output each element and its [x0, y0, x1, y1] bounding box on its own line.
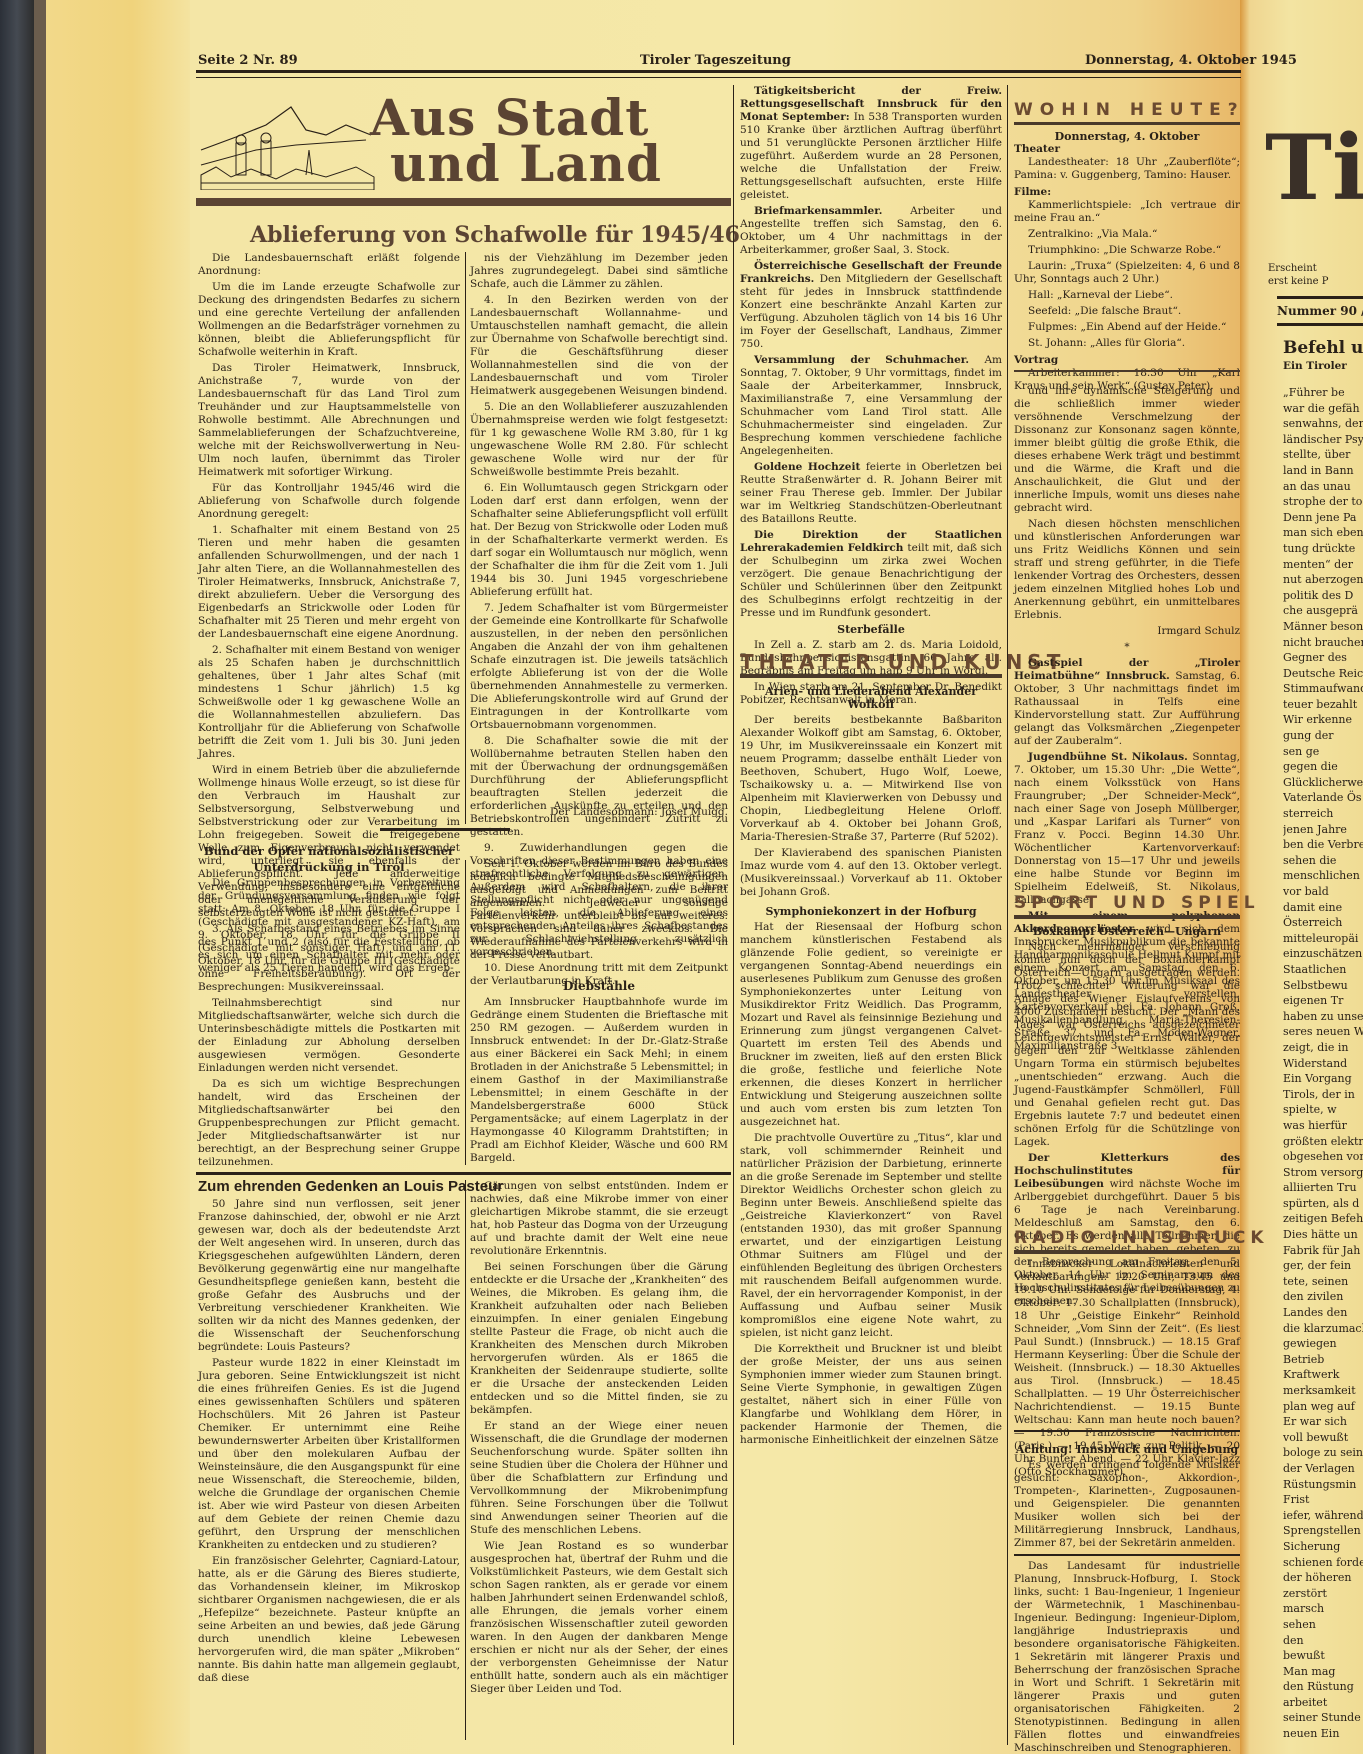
next-page-line: haben zu unser — [1283, 1009, 1363, 1025]
paragraph: nis der Viehzählung im Dezember jeden Ja… — [470, 252, 728, 291]
next-page-line: sterreich — [1283, 806, 1363, 822]
next-page-line: Wir erkenne — [1283, 712, 1363, 728]
paragraph: 2. Schafhalter mit einem Bestand von wen… — [198, 644, 460, 761]
next-page-line: Gegner des — [1283, 650, 1363, 666]
article-victims-col2: Seit 1. Oktober werden im Büro des Bunde… — [470, 858, 728, 1168]
next-page-line: marsch — [1283, 1601, 1363, 1617]
book-binding — [0, 0, 34, 1754]
next-page-line: Deutsche Reich — [1283, 666, 1363, 682]
next-page-line: obgesehen von — [1283, 1149, 1363, 1165]
section-rule — [1014, 1250, 1240, 1254]
notice-lead: Der Kletterkurs des Hochschulinstitutes … — [1014, 1152, 1240, 1190]
next-page-line: Frist — [1283, 1492, 1363, 1508]
column-rule — [1007, 85, 1008, 1745]
next-page-line: sen ge — [1283, 744, 1363, 760]
next-page-line: was hierfür — [1283, 1118, 1363, 1134]
achtung-title: Achtung! Innsbruck und Umgebung — [1014, 1443, 1240, 1456]
section-rule — [1014, 122, 1240, 125]
next-page-line: jenen Jahre — [1283, 822, 1363, 838]
next-page-line: war die gefäh — [1283, 401, 1363, 417]
local-notice: Österreichische Gesellschaft der Freunde… — [740, 260, 1002, 351]
next-page-line: che ausgeprä — [1283, 603, 1363, 619]
next-page-line: den zivilen — [1283, 1289, 1363, 1305]
next-page-line: Fabrik für Jah — [1283, 1243, 1363, 1259]
local-notice: Die Direktion der Staatlichen Lehrerakad… — [740, 529, 1002, 620]
next-page-line: arbeitet — [1283, 1695, 1363, 1711]
next-page-line: Kraftwerk — [1283, 1367, 1363, 1383]
next-page-line: plan weg auf — [1283, 1399, 1363, 1415]
next-page-line: an das unau — [1283, 479, 1363, 495]
next-page-line: zeitigen Befehl — [1283, 1211, 1363, 1227]
next-page-line: Vaterlande Ös — [1283, 790, 1363, 806]
boxing-body: Nach mehrmaliger Verschiebung konnte nun… — [1014, 941, 1240, 1149]
next-page-line: politik des D — [1283, 588, 1363, 604]
paragraph: Der Klavierabend des spanischen Pianiste… — [740, 847, 1002, 899]
next-page-line: Österreich — [1283, 915, 1363, 931]
next-page-line: strophe der to — [1283, 494, 1363, 510]
theater-label: Theater — [1014, 143, 1240, 156]
next-page-line: Stimmaufwand — [1283, 681, 1363, 697]
paragraph: Hat der Riesensaal der Hofburg schon man… — [740, 921, 1002, 1129]
divider — [1014, 1554, 1240, 1556]
next-page-line: bologe zu sein — [1283, 1445, 1363, 1461]
next-page-line: größten elektri — [1283, 1134, 1363, 1150]
next-page-line: teuer bezahlt — [1283, 697, 1363, 713]
listing-item: Hall: „Karneval der Liebe“. — [1014, 289, 1240, 302]
next-page-line: gewiegen — [1283, 1336, 1363, 1352]
section-rule — [740, 674, 1002, 678]
deaths-title: Sterbefälle — [740, 623, 1002, 636]
next-page-line: ben die Verbre — [1283, 837, 1363, 853]
next-subheadline: Ein Tiroler — [1283, 360, 1363, 373]
victims-title-line2: Unterdrückung in Tirol — [198, 861, 460, 874]
paragraph: 8. Die Schafhalter sowie die mit der Wol… — [470, 735, 728, 839]
next-page-subtitle: Erscheint erst keine P — [1268, 262, 1363, 288]
next-page-line: neuen Ein — [1283, 1726, 1363, 1742]
next-page-line: spielte, w — [1283, 1102, 1363, 1118]
next-page-logo: Ti — [1265, 115, 1363, 221]
listing-item: Triumphkino: „Die Schwarze Robe.“ — [1014, 244, 1240, 257]
issue-date: Donnerstag, 4. Oktober 1945 — [1085, 53, 1297, 68]
paragraph: Ein französischer Gelehrter, Cagniard-La… — [198, 1555, 460, 1685]
next-page-line: Dies hätte un — [1283, 1227, 1363, 1243]
divider — [1277, 323, 1363, 326]
column-rule — [465, 252, 466, 824]
masthead-line-2: und Land — [370, 141, 662, 187]
next-page-line: tete, seinen — [1283, 1274, 1363, 1290]
paragraph: Die Gruppenbesprechungen in Vorbereitung… — [198, 877, 460, 994]
paragraph: 7. Jedem Schafhalter ist vom Bürgermeist… — [470, 602, 728, 732]
next-page-line: Selbstbewu — [1283, 978, 1363, 994]
next-page-line: merksamkeit — [1283, 1383, 1363, 1399]
page-margin — [46, 0, 190, 1754]
next-page-line: Betrieb — [1283, 1352, 1363, 1368]
next-page-line: nicht brauchen — [1283, 635, 1363, 651]
listing-item: Landestheater: 18 Uhr „Zauberflöte“; Pam… — [1014, 156, 1240, 182]
paragraph: Das Tiroler Heimatwerk, Innsbruck, Anich… — [198, 362, 460, 479]
next-page-line: einzuschätzen — [1283, 946, 1363, 962]
article-pasteur-col2: Gärungen von selbst entstünden. Indem er… — [470, 1180, 728, 1699]
next-page-line: Staatlichen — [1283, 962, 1363, 978]
signature: Der Landesobmann: Josef Muigg. — [470, 806, 728, 819]
section-rule — [1014, 370, 1240, 372]
next-page-line: damit eine — [1283, 900, 1363, 916]
next-page-line: voll bewußt — [1283, 1430, 1363, 1446]
paragraph: Da es sich um wichtige Besprechungen han… — [198, 1078, 460, 1169]
next-page-line: spürten, als d — [1283, 1196, 1363, 1212]
next-page-line: menschlichen — [1283, 868, 1363, 884]
next-page-line: tung drückte — [1283, 541, 1363, 557]
next-page-line: ger, der fein — [1283, 1258, 1363, 1274]
listing-item: Seefeld: „Die falsche Braut“. — [1014, 305, 1240, 318]
next-page-line: zeigt, die in — [1283, 1040, 1363, 1056]
paragraph: Teilnahmsberechtigt sind nur Mitgliedsch… — [198, 997, 460, 1075]
wohin-heute-listing: Donnerstag, 4. Oktober Theater Landesthe… — [1014, 130, 1240, 396]
next-page-line: man sich eben — [1283, 525, 1363, 541]
local-notice: Goldene Hochzeit feierte in Oberletzen b… — [740, 461, 1002, 526]
next-page-line: Rüstungsmin — [1283, 1477, 1363, 1493]
article-title-wool: Ablieferung von Schafwolle für 1945/46 — [250, 222, 740, 248]
symphony-author: Irmgard Schulz — [1014, 625, 1240, 638]
paragraph: 6. Ein Wollumtausch gegen Strickgarn ode… — [470, 482, 728, 599]
next-page-line: zerstört — [1283, 1586, 1363, 1602]
local-news-column: Tätigkeitsbericht der Freiw. Rettungsges… — [740, 85, 1002, 710]
article-victims-col1: Bund der Opfer nationalsozialistischer U… — [198, 842, 460, 1172]
next-page-line: eigenen Tr — [1283, 993, 1363, 1009]
achtung-body: Es werden dringend folgende Musiker gesu… — [1014, 1459, 1240, 1550]
next-page-line: Ein Vorgang — [1283, 1071, 1363, 1087]
next-page-line: senwahns, der — [1283, 416, 1363, 432]
next-page-line: iefer, während — [1283, 1508, 1363, 1524]
paragraph: Die Korrektheit und Bruckner ist und ble… — [740, 1343, 1002, 1447]
divider — [196, 1172, 731, 1175]
jugend-notice: Jugendbühne St. Nikolaus. Sonntag, 7. Ok… — [1014, 751, 1240, 907]
next-issue: Nummer 90 / — [1277, 305, 1363, 318]
divider — [380, 828, 510, 831]
paragraph: Der bereits bestbekannte Baßbariton Alex… — [740, 714, 1002, 844]
filme-label: Filme: — [1014, 186, 1240, 199]
masthead-rule — [196, 198, 731, 206]
next-page-line: nut aberzogen — [1283, 572, 1363, 588]
column-rule — [465, 860, 466, 1165]
next-page-line: Strom versorg — [1283, 1165, 1363, 1181]
paragraph: Seit 1. Oktober werden im Büro des Bunde… — [470, 858, 728, 962]
next-page-line: Männer beson — [1283, 619, 1363, 635]
next-page-line: menten“ der — [1283, 557, 1363, 573]
next-page-line: Er war sich — [1283, 1414, 1363, 1430]
next-page-line: Tirols, der in — [1283, 1087, 1363, 1103]
column-rule — [465, 1180, 466, 1740]
paragraph: Gärungen von selbst entstünden. Indem er… — [470, 1180, 728, 1258]
mountain-town-illustration — [196, 95, 376, 190]
section-radio-innsbruck: RADIO INNSBRUCK — [1014, 1228, 1269, 1248]
boxing-title: Boxkampf Österreich—Ungarn — [1014, 925, 1240, 938]
next-page-line: die klarzumach — [1283, 1321, 1363, 1337]
section-rule — [1014, 915, 1240, 919]
paragraph: Pasteur wurde 1822 in einer Kleinstadt i… — [198, 1357, 460, 1552]
next-page-line: Man mag — [1283, 1664, 1363, 1680]
aria-title: Arien- und Liederabend Alexander Wolkoff — [740, 685, 1002, 711]
notices-column: Achtung! Innsbruck und Umgebung Es werde… — [1014, 1440, 1240, 1754]
paragraph: 5. Die an den Wollablieferer auszuzahlen… — [470, 401, 728, 479]
listing-item: St. Johann: „Alles für Gloria“. — [1014, 337, 1240, 350]
local-notice: Briefmarkensammler. Arbeiter und Angeste… — [740, 205, 1002, 257]
gastspiel-notice: Gastspiel der „Tiroler Heimatbühne“ Inns… — [1014, 657, 1240, 748]
paragraph: 4. In den Bezirken werden von der Landes… — [470, 294, 728, 398]
notice-lead: Jugendbühne St. Nikolaus. — [1028, 751, 1192, 763]
divider — [1014, 1430, 1240, 1432]
paragraph: Wie Jean Rostand es so wunderbar ausgesp… — [470, 1540, 728, 1696]
next-page-line: gung der — [1283, 728, 1363, 744]
next-page-line: vor bald — [1283, 884, 1363, 900]
next-page-line: sehen — [1283, 1617, 1363, 1633]
divider — [1277, 296, 1363, 299]
paragraph: Nach diesen höchsten menschlichen und kü… — [1014, 518, 1240, 622]
signature-text: Der Landesobmann: Josef Muigg. — [550, 806, 728, 818]
next-page-line: der höheren — [1283, 1570, 1363, 1586]
page-number: Seite 2 Nr. 89 — [198, 53, 298, 68]
notice-lead: Gastspiel der „Tiroler Heimatbühne“ Inns… — [1014, 657, 1240, 682]
binding-edge — [34, 0, 46, 1754]
section-masthead: Aus Stadt und Land — [370, 95, 662, 187]
section-sport-und-spiel: SPORT UND SPIEL — [1014, 893, 1260, 913]
next-page-body: „Führer bewar die gefähsenwahns, derländ… — [1283, 385, 1363, 1742]
article-pasteur-col1: 50 Jahre sind nun verflossen, seit jener… — [198, 1198, 460, 1688]
next-page-line: sehen die — [1283, 853, 1363, 869]
local-notice: Tätigkeitsbericht der Freiw. Rettungsges… — [740, 85, 1002, 202]
next-page-line: stellte, über — [1283, 447, 1363, 463]
next-page-line: der Verlagen — [1283, 1461, 1363, 1477]
next-page-line: mitteleuropäi — [1283, 931, 1363, 947]
section-wohin-heute: WOHIN HEUTE? — [1014, 100, 1245, 120]
paragraph: Für das Kontrolljahr 1945/46 wird die Ab… — [198, 482, 460, 521]
paragraph: Bei seinen Forschungen über die Gärung e… — [470, 1261, 728, 1417]
next-page-line: seiner Stunde — [1283, 1710, 1363, 1726]
local-notice: Versammlung der Schuhmacher. Am Sonntag,… — [740, 354, 1002, 458]
next-page-line: Denn jene Pa — [1283, 510, 1363, 526]
paragraph: Um die im Lande erzeugte Schafwolle zur … — [198, 281, 460, 359]
listing-item: Fulpmes: „Ein Abend auf der Heide.“ — [1014, 321, 1240, 334]
next-page-line: den Rüstung — [1283, 1679, 1363, 1695]
theft-body: Am Innsbrucker Hauptbahnhofe wurde im Ge… — [470, 996, 728, 1165]
listing-item: Kammerlichtspiele: „Ich vertraue dir mei… — [1014, 199, 1240, 225]
next-page-line: Sprengstellen — [1283, 1523, 1363, 1539]
next-page-line: schienen fordern — [1283, 1555, 1363, 1571]
landesamt-body: Das Landesamt für industrielle Planung, … — [1014, 1560, 1240, 1754]
paragraph: Die Landesbauernschaft erläßt folgende A… — [198, 252, 460, 278]
next-page-line: seres neuen W — [1283, 1024, 1363, 1040]
newspaper-name: Tiroler Tageszeitung — [640, 53, 791, 68]
column-rule — [733, 85, 734, 1745]
paragraph: Er stand an der Wiege einer neuen Wissen… — [470, 1420, 728, 1537]
next-sub2: erst keine P — [1268, 275, 1363, 288]
next-page-line: gegen die — [1283, 759, 1363, 775]
vortrag-label: Vortrag — [1014, 354, 1240, 367]
paragraph: und ihre dynamische Steigerung und die s… — [1014, 385, 1240, 515]
next-page-line: Glücklicherweis — [1283, 775, 1363, 791]
wohin-date: Donnerstag, 4. Oktober — [1014, 130, 1240, 143]
symphony-title: Symphoniekonzert in der Hofburg — [740, 905, 1002, 918]
listing-item: Laurin: „Truxa“ (Spielzeiten: 4, 6 und 8… — [1014, 260, 1240, 286]
asterisk-divider: * — [1014, 641, 1240, 654]
next-page-line: Landes den — [1283, 1305, 1363, 1321]
next-page-line: „Führer be — [1283, 385, 1363, 401]
next-page-line: ländischer Psy — [1283, 432, 1363, 448]
theater-column: Arien- und Liederabend Alexander Wolkoff… — [740, 682, 1002, 1450]
victims-title-line1: Bund der Opfer nationalsozialistischer — [198, 845, 460, 858]
next-page-line: land in Bann — [1283, 463, 1363, 479]
header-rule — [196, 70, 1241, 78]
paragraph: 1. Schafhalter mit einem Bestand von 25 … — [198, 524, 460, 641]
next-sub1: Erscheint — [1268, 262, 1363, 275]
article-title-pasteur: Zum ehrenden Gedenken an Louis Pasteur — [198, 1178, 503, 1195]
next-page-line: Sicherung — [1283, 1539, 1363, 1555]
paragraph: Die prachtvolle Ouvertüre zu „Titus“, kl… — [740, 1132, 1002, 1340]
listing-item: Zentralkino: „Via Mala.“ — [1014, 228, 1240, 241]
next-page-line: den — [1283, 1633, 1363, 1649]
theft-title: Diebstähle — [470, 980, 728, 993]
next-page-line: Widerstand — [1283, 1056, 1363, 1072]
next-page-line: bewußt — [1283, 1648, 1363, 1664]
next-headline: Befehl u — [1283, 338, 1363, 358]
paragraph: 50 Jahre sind nun verflossen, seit jener… — [198, 1198, 460, 1354]
next-page-line: alliierten Tru — [1283, 1180, 1363, 1196]
